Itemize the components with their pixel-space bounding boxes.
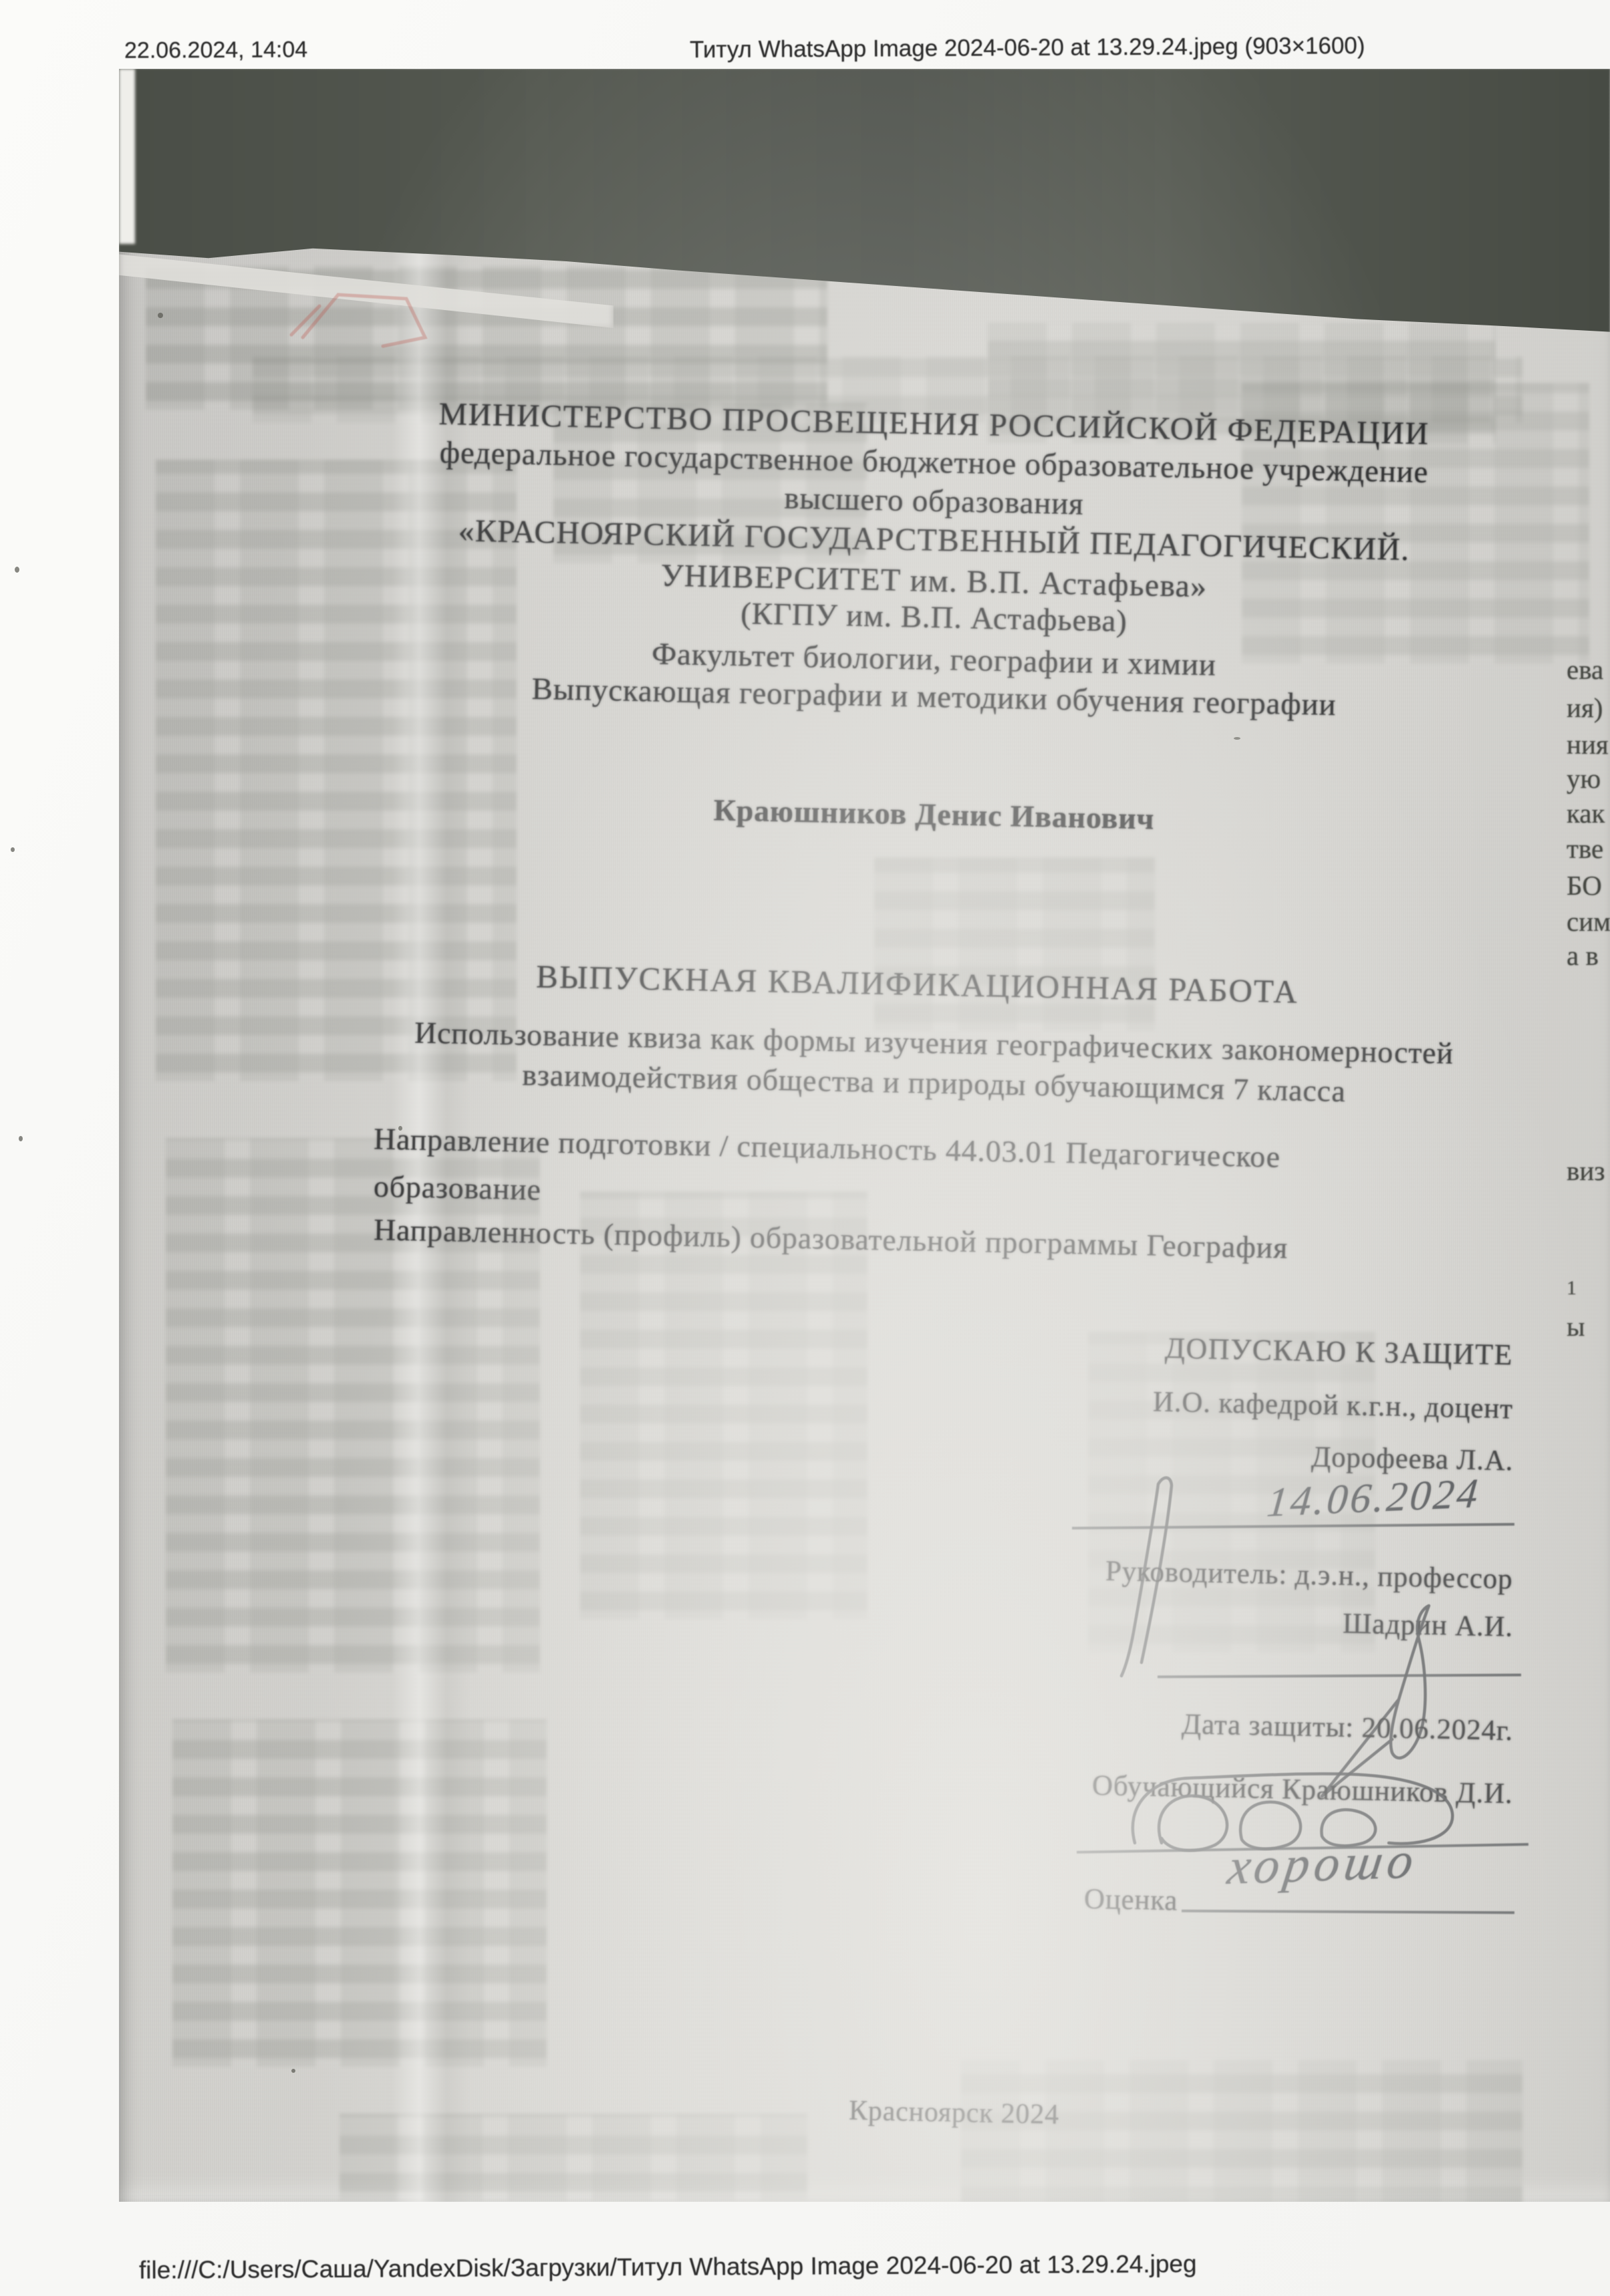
- paper-corner-sliver: [119, 69, 135, 244]
- scanned-photo: МИНИСТЕРСТВО ПРОСВЕЩЕНИЯ РОССИЙСКОЙ ФЕДЕ…: [119, 69, 1610, 2202]
- paper-speck: [15, 567, 19, 573]
- paper-speck: [11, 847, 15, 852]
- print-datetime: 22.06.2024, 14:04: [124, 37, 307, 63]
- paper-speck: [1234, 737, 1240, 740]
- admit-to-defense: ДОПУСКАЮ К ЗАЩИТЕ: [1165, 1334, 1514, 1370]
- specialty-line-2: образование: [374, 1171, 542, 1205]
- adjacent-page-fragment: как: [1567, 797, 1605, 829]
- specialty-line-1: Направление подготовки / специальность 4…: [374, 1123, 1281, 1172]
- adjacent-page-fragment: виз: [1567, 1155, 1605, 1187]
- printed-scan-page: { "print_header": { "datetime": "22.06.2…: [0, 0, 1610, 2296]
- paper-speck: [19, 1136, 23, 1141]
- city-year: Красноярск 2024: [209, 2084, 1610, 2142]
- adjacent-page-fragment: ую: [1567, 762, 1601, 795]
- dept-head-position: И.О. кафедрой к.г.н., доцент: [1153, 1388, 1514, 1424]
- adjacent-page-fragment: тве: [1567, 833, 1603, 865]
- red-pencil-mark: [273, 276, 460, 370]
- adjacent-page-fragment: сим: [1567, 905, 1610, 938]
- grade-label: Оценка: [1084, 1885, 1178, 1916]
- adjacent-page-fragment: 1: [1567, 1277, 1577, 1300]
- ghost-text-block: [580, 1191, 867, 1619]
- image-filename-title: Титул WhatsApp Image 2024-06-20 at 13.29…: [690, 33, 1365, 63]
- ghost-text-block: [340, 2114, 807, 2200]
- ghost-text-block: [172, 1719, 547, 2067]
- adjacent-page-fragment: БО: [1567, 869, 1602, 901]
- profile-line: Направленность (профиль) образовательной…: [374, 1214, 1289, 1263]
- defense-date: Дата защиты: 20.06.2024г.: [1182, 1710, 1514, 1745]
- file-url-footer: file:///C:/Users/Саша/YandexDisk/Загрузк…: [139, 2250, 1197, 2285]
- grade-handwritten: хорошо: [1225, 1835, 1422, 1892]
- adjacent-page-fragment: ния: [1567, 728, 1609, 760]
- signature-line: [1182, 1910, 1514, 1914]
- adjacent-page-fragment: ева: [1567, 654, 1603, 686]
- adjacent-page-fragment: а в: [1567, 940, 1599, 972]
- adjacent-page-fragment: ы: [1567, 1310, 1585, 1342]
- adjacent-page-fragment: ия): [1567, 692, 1603, 724]
- paper-speck: [291, 2069, 295, 2073]
- author-name: Краюшников Денис Иванович: [189, 784, 1610, 845]
- paper-speck: [158, 313, 163, 318]
- work-type-heading: ВЫПУСКНАЯ КВАЛИФИКАЦИОННАЯ РАБОТА: [172, 953, 1610, 1016]
- approval-date-handwritten: 14.06.2024: [1265, 1473, 1482, 1524]
- dept-head-name: Дорофеева Л.А.: [1311, 1443, 1513, 1475]
